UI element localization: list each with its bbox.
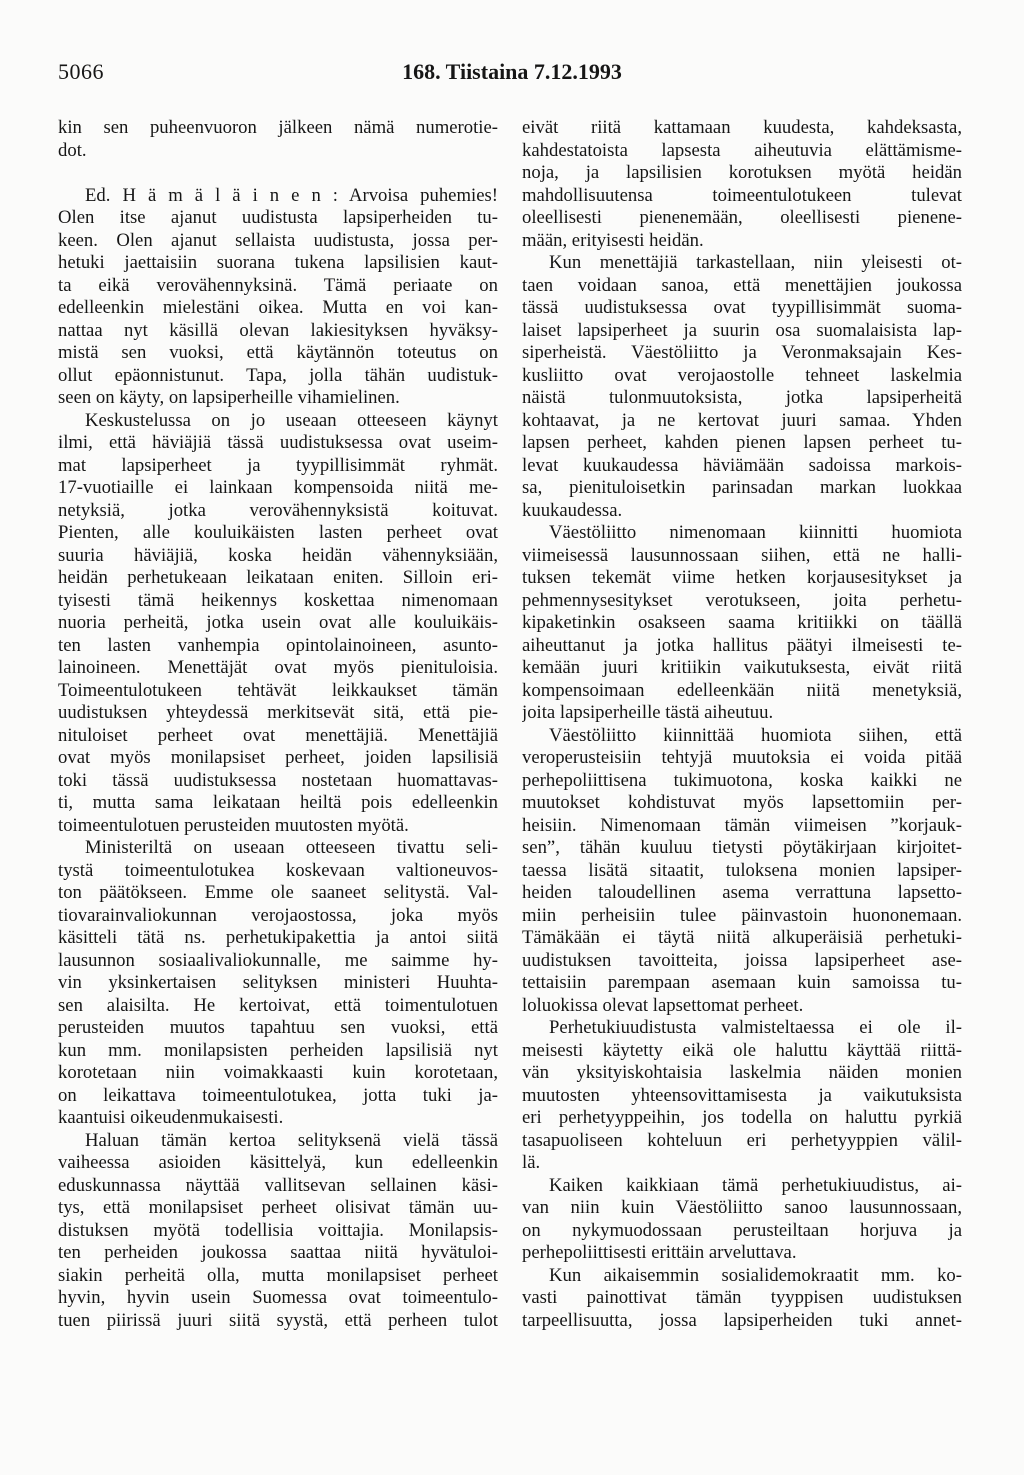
text-line: hyvin, hyvin usein Suomessa ovat toimeen…: [58, 1287, 498, 1310]
text-line: tettaisiin parempaan asemaan kuin samois…: [522, 972, 962, 995]
text-line: on nykymuodossaan perusteiltaan horjuva …: [522, 1220, 962, 1243]
text-line: Pienten, alle kouluikäisten lasten perhe…: [58, 522, 498, 545]
text-columns: kin sen puheenvuoron jälkeen nämä numero…: [58, 117, 962, 1332]
text-line: Toimeentulotukeen tehtävät leikkaukset t…: [58, 680, 498, 703]
text-line: noja, ja lapsilisien korotuksen myötä he…: [522, 162, 962, 185]
text-line: uudistuksen yhteydessä merkitsevät sitä,…: [58, 702, 498, 725]
text-line: ti, mutta sama leikataan heiltä pois ede…: [58, 792, 498, 815]
text-line: mistä sen vuoksi, että käytännön toteutu…: [58, 342, 498, 365]
text-line: tystä toimeentulotukea koskevaan valtion…: [58, 860, 498, 883]
text-line: suuria häviäjiä, koska heidän vähennyksi…: [58, 545, 498, 568]
text-line: Haluan tämän kertoa selityksenä vielä tä…: [58, 1130, 498, 1153]
text-line: käsitteli tätä ns. perhetukipakettia ja …: [58, 927, 498, 950]
text-line: sen”, tähän kuuluu tietysti pöytäkirjaan…: [522, 837, 962, 860]
text-line: veroperusteisiin tehtyjä muutoksia ei vo…: [522, 747, 962, 770]
text-line: Kaiken kaikkiaan tämä perhetukiuudistus,…: [522, 1175, 962, 1198]
text-line: dot.: [58, 140, 498, 163]
page-header-title: 168. Tiistaina 7.12.1993: [58, 60, 966, 84]
text-line: korotetaan niin voimakkaasti kuin korote…: [58, 1062, 498, 1085]
text-line: eivät riitä kattamaan kuudesta, kahdeksa…: [522, 117, 962, 140]
text-line: nattaa nyt käsillä olevan lakiesityksen …: [58, 320, 498, 343]
text-line: kemään juuri kritiikin vaikutuksesta, ei…: [522, 657, 962, 680]
text-line: tyisesti tämä heikennys koskettaa nimeno…: [58, 590, 498, 613]
text-line: perusteiden muutos tapahtuu sen vuoksi, …: [58, 1017, 498, 1040]
text-line: van niin kuin Väestöliitto sanoo lausunn…: [522, 1197, 962, 1220]
text-line: muutokset kohdistuvat myös lapsettomiin …: [522, 792, 962, 815]
text-line: vaiheessa asioiden käsittelyä, kun edell…: [58, 1152, 498, 1175]
text-line: mään, erityisesti heidän.: [522, 230, 962, 253]
text-line: viimeisessä lausunnossaan siihen, että n…: [522, 545, 962, 568]
text-line: eri perhetyyppeihin, jos todella on halu…: [522, 1107, 962, 1130]
text-line: Keskustelussa on jo useaan otteeseen käy…: [58, 410, 498, 433]
text-line: lä.: [522, 1152, 962, 1175]
text-line: tuen piirissä juuri siitä syystä, että p…: [58, 1310, 498, 1333]
text-line: kuukaudessa.: [522, 500, 962, 523]
text-line: toimeentulotuen perusteiden muutosten my…: [58, 815, 498, 838]
text-line: nuoria perheitä, jotka usein ovat alle k…: [58, 612, 498, 635]
text-line: loluokissa olevat lapsettomat perheet.: [522, 995, 962, 1018]
text-line: Ed. H ä m ä l ä i n e n : Arvoisa puhemi…: [58, 185, 498, 208]
text-line: lausunnon sosiaalivaliokunnalle, me saim…: [58, 950, 498, 973]
text-line: ton päätökseen. Emme ole saaneet selitys…: [58, 882, 498, 905]
text-line: tuksen tekemät viime hetken korjausesity…: [522, 567, 962, 590]
text-line: vän yksityiskohtaisia laskelmia näiden m…: [522, 1062, 962, 1085]
text-line: miin perheisiin tulee päinvastoin huonon…: [522, 905, 962, 928]
text-line: heidän perhetukeaan leikataan eniten. Si…: [58, 567, 498, 590]
text-line: taen voidaan sanoa, että menettäjien jou…: [522, 275, 962, 298]
text-line: kipaketinkin osakseen saama kritiikki on…: [522, 612, 962, 635]
text-line: siperheistä. Väestöliitto ja Veronmaksaj…: [522, 342, 962, 365]
text-line: sa, pienituloisetkin parinsadan markan l…: [522, 477, 962, 500]
text-line: kun mm. monilapsisten perheiden lapsilis…: [58, 1040, 498, 1063]
text-line: Ministeriltä on useaan otteeseen tivattu…: [58, 837, 498, 860]
text-line: ovat myös monilapsiset perheet, joiden l…: [58, 747, 498, 770]
text-line: ilmi, että häviäjiä tässä uudistuksessa …: [58, 432, 498, 455]
text-line: nituloiset perheet ovat menettäjiä. Mene…: [58, 725, 498, 748]
right-column: eivät riitä kattamaan kuudesta, kahdeksa…: [522, 117, 962, 1332]
text-line: kaantuisi oikeudenmukaisesti.: [58, 1107, 498, 1130]
text-line: kin sen puheenvuoron jälkeen nämä numero…: [58, 117, 498, 140]
text-line: tiovarainvaliokunnan verojaostossa, joka…: [58, 905, 498, 928]
text-line: aiheuttanut ja jotka hallitus päätyi ilm…: [522, 635, 962, 658]
text-line: Olen itse ajanut uudistusta lapsiperheid…: [58, 207, 498, 230]
text-line: perhepoliittisena tukimuotona, koska kai…: [522, 770, 962, 793]
text-line: edelleenkin mielestäni oikea. Mutta en v…: [58, 297, 498, 320]
text-line: mahdollisuutensa toimeentulotukeen tulev…: [522, 185, 962, 208]
text-line: vin yksinkertaisen selityksen ministeri …: [58, 972, 498, 995]
text-line: levat kuukaudessa häviämään sadoissa mar…: [522, 455, 962, 478]
text-line: pehmennysesitykset verotukseen, joita pe…: [522, 590, 962, 613]
text-line: netyksiä, jotka verovähennyksistä koituv…: [58, 500, 498, 523]
text-line: Tämäkään ei täytä niitä alkuperäisiä per…: [522, 927, 962, 950]
blank-line: [58, 162, 498, 185]
text-line: kusliitto ovat verojaostolle tehneet las…: [522, 365, 962, 388]
text-line: oleellisesti pienenemään, oleellisesti p…: [522, 207, 962, 230]
text-line: Perhetukiuudistusta valmisteltaessa ei o…: [522, 1017, 962, 1040]
text-line: uudistuksen tavoitteita, joissa lapsiper…: [522, 950, 962, 973]
text-line: siakin perheitä olla, mutta monilapsiset…: [58, 1265, 498, 1288]
text-line: hetuki jaettaisiin suorana tukena lapsil…: [58, 252, 498, 275]
text-line: meisesti käytetty eikä ole haluttu käytt…: [522, 1040, 962, 1063]
text-line: tässä uudistuksessa ovat tyypillisimmät …: [522, 297, 962, 320]
text-line: Väestöliitto nimenomaan kiinnitti huomio…: [522, 522, 962, 545]
text-line: 17-vuotiaille ei lainkaan kompensoida ni…: [58, 477, 498, 500]
text-line: tys, että monilapsiset perheet olisivat …: [58, 1197, 498, 1220]
left-column: kin sen puheenvuoron jälkeen nämä numero…: [58, 117, 498, 1332]
text-line: lainoineen. Menettäjät ovat myös pienitu…: [58, 657, 498, 680]
text-line: ta eikä verovähennyksinä. Tämä periaate …: [58, 275, 498, 298]
text-line: tasapuoliseen kohteluun eri perhetyyppie…: [522, 1130, 962, 1153]
text-line: vasti painottivat tämän tyyppisen uudist…: [522, 1287, 962, 1310]
text-line: sen alaisilta. He kertoivat, että toimen…: [58, 995, 498, 1018]
text-line: näistä tulonmuutoksista, jotka lapsiperh…: [522, 387, 962, 410]
text-line: taessa lisätä sitaatit, tuloksena monien…: [522, 860, 962, 883]
text-line: lapsen perheet, kahden pienen lapsen per…: [522, 432, 962, 455]
text-line: kompensoimaan edelleenkään niitä menetyk…: [522, 680, 962, 703]
text-line: perhepoliittisesti erittäin arveluttava.: [522, 1242, 962, 1265]
text-line: kohtaavat, ja ne kertovat juuri samaa. Y…: [522, 410, 962, 433]
text-line: mat lapsiperheet ja tyypillisimmät ryhmä…: [58, 455, 498, 478]
document-page: 5066 168. Tiistaina 7.12.1993 kin sen pu…: [0, 0, 1024, 1475]
text-line: heisiin. Nimenomaan tämän viimeisen ”kor…: [522, 815, 962, 838]
text-line: joita lapsiperheille tästä aiheutuu.: [522, 702, 962, 725]
text-line: Väestöliitto kiinnittää huomiota siihen,…: [522, 725, 962, 748]
text-line: eduskunnassa näyttää vallitsevan sellain…: [58, 1175, 498, 1198]
text-line: ollut epäonnistunut. Tapa, jolla tähän u…: [58, 365, 498, 388]
text-line: keen. Olen ajanut sellaista uudistusta, …: [58, 230, 498, 253]
text-line: on leikattava toimeentulotukea, jotta tu…: [58, 1085, 498, 1108]
text-line: ten lasten vanhempia opintolainoineen, a…: [58, 635, 498, 658]
text-line: heiden taloudellinen asema verrattuna la…: [522, 882, 962, 905]
text-line: seen on käyty, on lapsiperheille vihamie…: [58, 387, 498, 410]
text-line: distuksen myötä todellisia voittajia. Mo…: [58, 1220, 498, 1243]
text-line: toki tässä uudistuksessa nostetaan huoma…: [58, 770, 498, 793]
text-line: Kun menettäjiä tarkastellaan, niin yleis…: [522, 252, 962, 275]
text-line: muutosten yhteensovittamisesta ja vaikut…: [522, 1085, 962, 1108]
text-line: tarpeellisuutta, jossa lapsiperheiden tu…: [522, 1310, 962, 1333]
text-line: ten perheiden joukossa saattaa niitä hyv…: [58, 1242, 498, 1265]
text-line: Kun aikaisemmin sosialidemokraatit mm. k…: [522, 1265, 962, 1288]
text-line: kahdestatoista lapsesta aiheutuvia elätt…: [522, 140, 962, 163]
text-line: laiset lapsiperheet ja suurin osa suomal…: [522, 320, 962, 343]
